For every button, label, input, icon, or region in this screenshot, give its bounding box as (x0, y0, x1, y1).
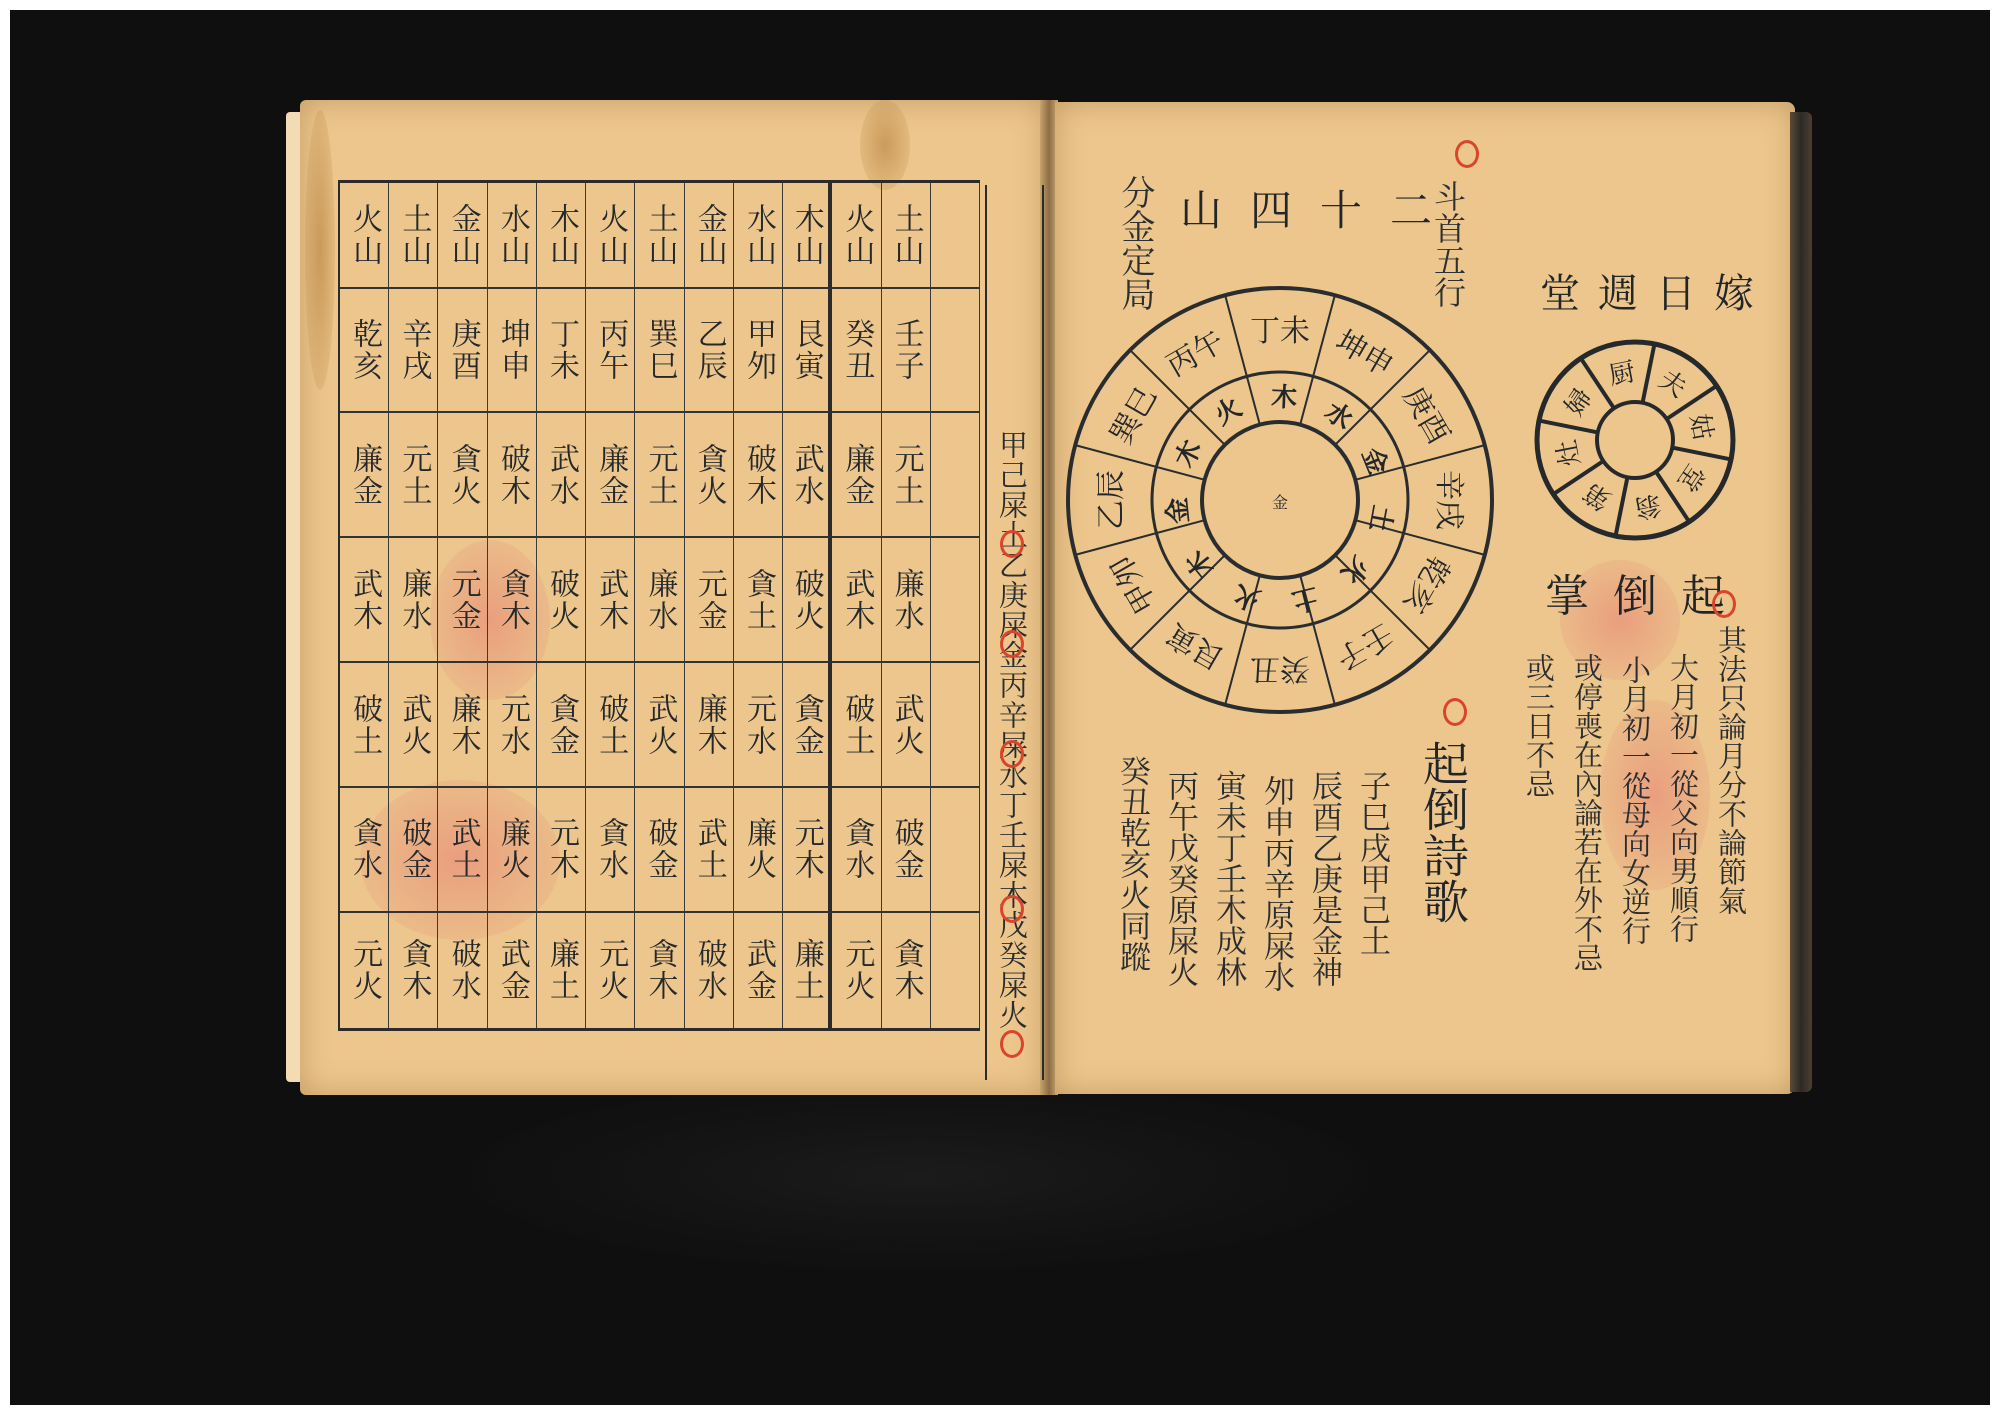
table-cell: 貪木 (635, 913, 684, 1028)
table-cell: 廉金 (340, 413, 389, 538)
table-cell: 破火 (783, 538, 832, 663)
wheel-outer-label: 丁未 (1250, 314, 1310, 349)
table-cell: 武火 (635, 663, 684, 788)
table-cell: 貪木 (488, 538, 537, 663)
table-cell: 破水 (438, 913, 487, 1028)
wheel-inner-label: 火 (1209, 393, 1247, 432)
table-cell: 武土 (685, 788, 734, 913)
table-cell-empty (931, 788, 980, 913)
wheel-outer-label: 丙午 (1161, 324, 1230, 384)
table-cell: 廉金 (586, 413, 635, 538)
table-cell: 貪火 (685, 413, 734, 538)
table-cell-empty (931, 538, 980, 663)
table-cell: 破水 (685, 913, 734, 1028)
wheel-inner-label: 金 (1161, 496, 1195, 525)
method-line: 或三日不忌 (1515, 653, 1553, 972)
wheel-outer-label: 乙辰 (1094, 470, 1129, 530)
wheel-outer-label: 壬子 (1330, 616, 1399, 676)
wheel-outer-label: 巽巳 (1104, 381, 1164, 450)
table-cell: 丁未 (537, 289, 586, 414)
red-circle-mark (1455, 140, 1479, 168)
poem-line: 寅未丁壬木成林 (1201, 770, 1243, 992)
table-cell: 辛戌 (389, 289, 438, 414)
table-cell: 乙辰 (685, 289, 734, 414)
table-cell: 破土 (340, 663, 389, 788)
table-cell: 貪水 (586, 788, 635, 913)
red-circle-mark (1443, 698, 1467, 726)
table-cell-empty (931, 413, 980, 538)
table-cell: 丙午 (586, 289, 635, 414)
jiari-zhoutang-wheel: 夫姑堂翁第灶婦厨 (1530, 335, 1740, 545)
table-cell: 元土 (882, 413, 931, 538)
wheel-center-label: 金 (1272, 493, 1288, 512)
table-cell: 元水 (734, 663, 783, 788)
table-cell: 貪金 (537, 663, 586, 788)
table-cell-empty (931, 289, 980, 414)
table-cell: 火山 (586, 183, 635, 289)
table-cell: 廉木 (438, 663, 487, 788)
table-cell-empty (931, 183, 980, 289)
table-cell: 破金 (635, 788, 684, 913)
table-cell: 武木 (340, 538, 389, 663)
poem-line: 丙午戊癸原屎火 (1153, 770, 1195, 992)
table-cell: 木山 (537, 183, 586, 289)
table-cell: 武木 (586, 538, 635, 663)
table-cell-empty (931, 913, 980, 1028)
small-wheel-label: 灶 (1552, 437, 1586, 468)
wheel-outer-label: 癸丑 (1250, 651, 1310, 686)
table-cell: 元火 (340, 913, 389, 1028)
table-cell: 貪水 (340, 788, 389, 913)
small-wheel-label: 第 (1578, 476, 1616, 515)
red-circle-mark (1000, 740, 1024, 768)
table-cell: 破土 (586, 663, 635, 788)
red-circle-mark (1000, 1030, 1024, 1058)
table-cell: 庚酉 (438, 289, 487, 414)
table-cell: 廉水 (635, 538, 684, 663)
table-cell: 貪木 (882, 913, 931, 1028)
method-line: 或停喪在內論若在外不忌 (1563, 653, 1601, 972)
wheel-inner-label: 土 (1363, 503, 1397, 534)
wheel-outer-label: 辛戌 (1431, 470, 1466, 530)
table-cell: 元土 (389, 413, 438, 538)
wheel-outer-label: 庚酉 (1396, 381, 1456, 450)
table-cell: 廉水 (389, 538, 438, 663)
wheel-outer-label: 甲夘 (1104, 550, 1164, 619)
table-cell: 貪金 (783, 663, 832, 788)
table-cell: 元金 (685, 538, 734, 663)
table-cell: 貪土 (734, 538, 783, 663)
wheel-outer-label: 艮寅 (1159, 615, 1230, 676)
red-circle-mark (1712, 590, 1736, 618)
table-cell: 貪火 (438, 413, 487, 538)
method-line: 大月初一從父向男順行 (1659, 653, 1697, 972)
small-wheel-label: 姑 (1684, 412, 1718, 443)
wheel-inner-label: 火 (1230, 578, 1264, 615)
table-cell: 壬子 (882, 289, 931, 414)
wheel-outer-label: 坤申 (1330, 324, 1399, 384)
table-cell: 水山 (488, 183, 537, 289)
poem-line: 夘申丙辛原屎水 (1249, 775, 1291, 992)
book-shadow (470, 1080, 1370, 1270)
wheel-inner-label: 木 (1270, 383, 1297, 414)
five-element-table: 火山土山金山水山木山火山土山金山水山木山火山土山乾亥辛戌庚酉坤申丁未丙午巽巳乙辰… (338, 180, 980, 1031)
red-circle-mark (1000, 895, 1024, 923)
table-cell: 貪水 (832, 788, 881, 913)
table-cell: 武火 (882, 663, 931, 788)
table-cell: 破木 (734, 413, 783, 538)
table-cell-empty (931, 663, 980, 788)
table-cell: 破金 (389, 788, 438, 913)
wheel-inner-label: 木 (1180, 544, 1220, 583)
table-cell: 巽巳 (635, 289, 684, 414)
table-cell: 廉木 (685, 663, 734, 788)
side-note-text: 甲己屎土乙庚屎金丙辛屎水丁壬屎木戊癸屎火 (997, 430, 1026, 1030)
table-cell: 武水 (783, 413, 832, 538)
table-cell: 廉金 (832, 413, 881, 538)
wheel-inner-label: 土 (1289, 581, 1322, 616)
table-cell: 元火 (586, 913, 635, 1028)
table-cell: 乾亥 (340, 289, 389, 414)
method-line: 其法只論月分不論節氣 (1707, 625, 1745, 972)
table-cell: 武土 (438, 788, 487, 913)
table-cell: 破金 (882, 788, 931, 913)
wheel-inner-label: 金 (1356, 443, 1395, 479)
table-cell: 武木 (832, 538, 881, 663)
small-wheel-label: 翁 (1632, 489, 1663, 523)
table-cell: 金山 (438, 183, 487, 289)
table-cell: 甲夘 (734, 289, 783, 414)
wheel-inner-label: 水 (1319, 397, 1358, 436)
table-cell: 水山 (734, 183, 783, 289)
table-cell: 木山 (783, 183, 832, 289)
table-cell: 艮寅 (783, 289, 832, 414)
table-cell: 武金 (488, 913, 537, 1028)
table-cell: 土山 (635, 183, 684, 289)
small-wheel-label: 婦 (1560, 383, 1599, 421)
table-cell: 土山 (882, 183, 931, 289)
table-cell: 火山 (832, 183, 881, 289)
poem-line: 辰酉乙庚是金神 (1297, 770, 1339, 992)
poem-line: 子巳戌甲己土 (1345, 770, 1387, 992)
poem-lines: 子巳戌甲己土 辰酉乙庚是金神 夘申丙辛原屎水 寅未丁壬木成林 丙午戊癸原屎火 癸… (1105, 750, 1387, 992)
method-line: 小月初一從母向女逆行 (1611, 655, 1649, 972)
table-cell: 坤申 (488, 289, 537, 414)
right-page-edge (1790, 112, 1812, 1092)
wheel-outer-label: 乾亥 (1396, 550, 1456, 619)
table-cell: 火山 (340, 183, 389, 289)
table-cell: 貪木 (389, 913, 438, 1028)
poem-title: 起倒詩歌 (1420, 740, 1466, 924)
table-cell: 癸丑 (832, 289, 881, 414)
table-cell: 武水 (537, 413, 586, 538)
table-cell: 元木 (783, 788, 832, 913)
table-cell: 土山 (389, 183, 438, 289)
small-wheel-label: 堂 (1671, 458, 1710, 496)
table-cell: 廉火 (734, 788, 783, 913)
table-cell: 廉土 (537, 913, 586, 1028)
table-cell: 元土 (635, 413, 684, 538)
table-cell: 廉水 (882, 538, 931, 663)
red-circle-mark (1000, 630, 1024, 658)
table-cell: 破火 (537, 538, 586, 663)
twenty-four-mountains-wheel: 坤申庚酉辛戌乾亥壬子癸丑艮寅甲夘乙辰巽巳丙午丁未 水金土火土火木金木火木 金 (1060, 280, 1500, 720)
table-cell: 武火 (389, 663, 438, 788)
table-cell: 元火 (832, 913, 881, 1028)
method-text-block: 其法只論月分不論節氣 大月初一從父向男順行 小月初一從母向女逆行 或停喪在內論若… (1515, 625, 1745, 972)
small-wheel-label: 厨 (1607, 357, 1638, 391)
wheel-inner-label: 火 (1335, 550, 1375, 589)
table-cell: 元水 (488, 663, 537, 788)
red-circle-mark (1000, 530, 1024, 558)
title-twenty-four-mountains: 二十四山 (1180, 178, 1460, 238)
table-cell: 武金 (734, 913, 783, 1028)
wheel-inner-label: 木 (1170, 436, 1209, 473)
table-cell: 破土 (832, 663, 881, 788)
table-cell: 元金 (438, 538, 487, 663)
small-wheel-label: 夫 (1653, 365, 1691, 404)
title-jiari-zhoutang: 嫁日週堂 (1540, 262, 1772, 319)
table-cell: 元木 (537, 788, 586, 913)
table-cell: 廉土 (783, 913, 832, 1028)
poem-line: 癸丑乾亥火同蹤 (1105, 755, 1147, 992)
table-cell: 廉火 (488, 788, 537, 913)
table-cell: 破木 (488, 413, 537, 538)
table-cell: 金山 (685, 183, 734, 289)
